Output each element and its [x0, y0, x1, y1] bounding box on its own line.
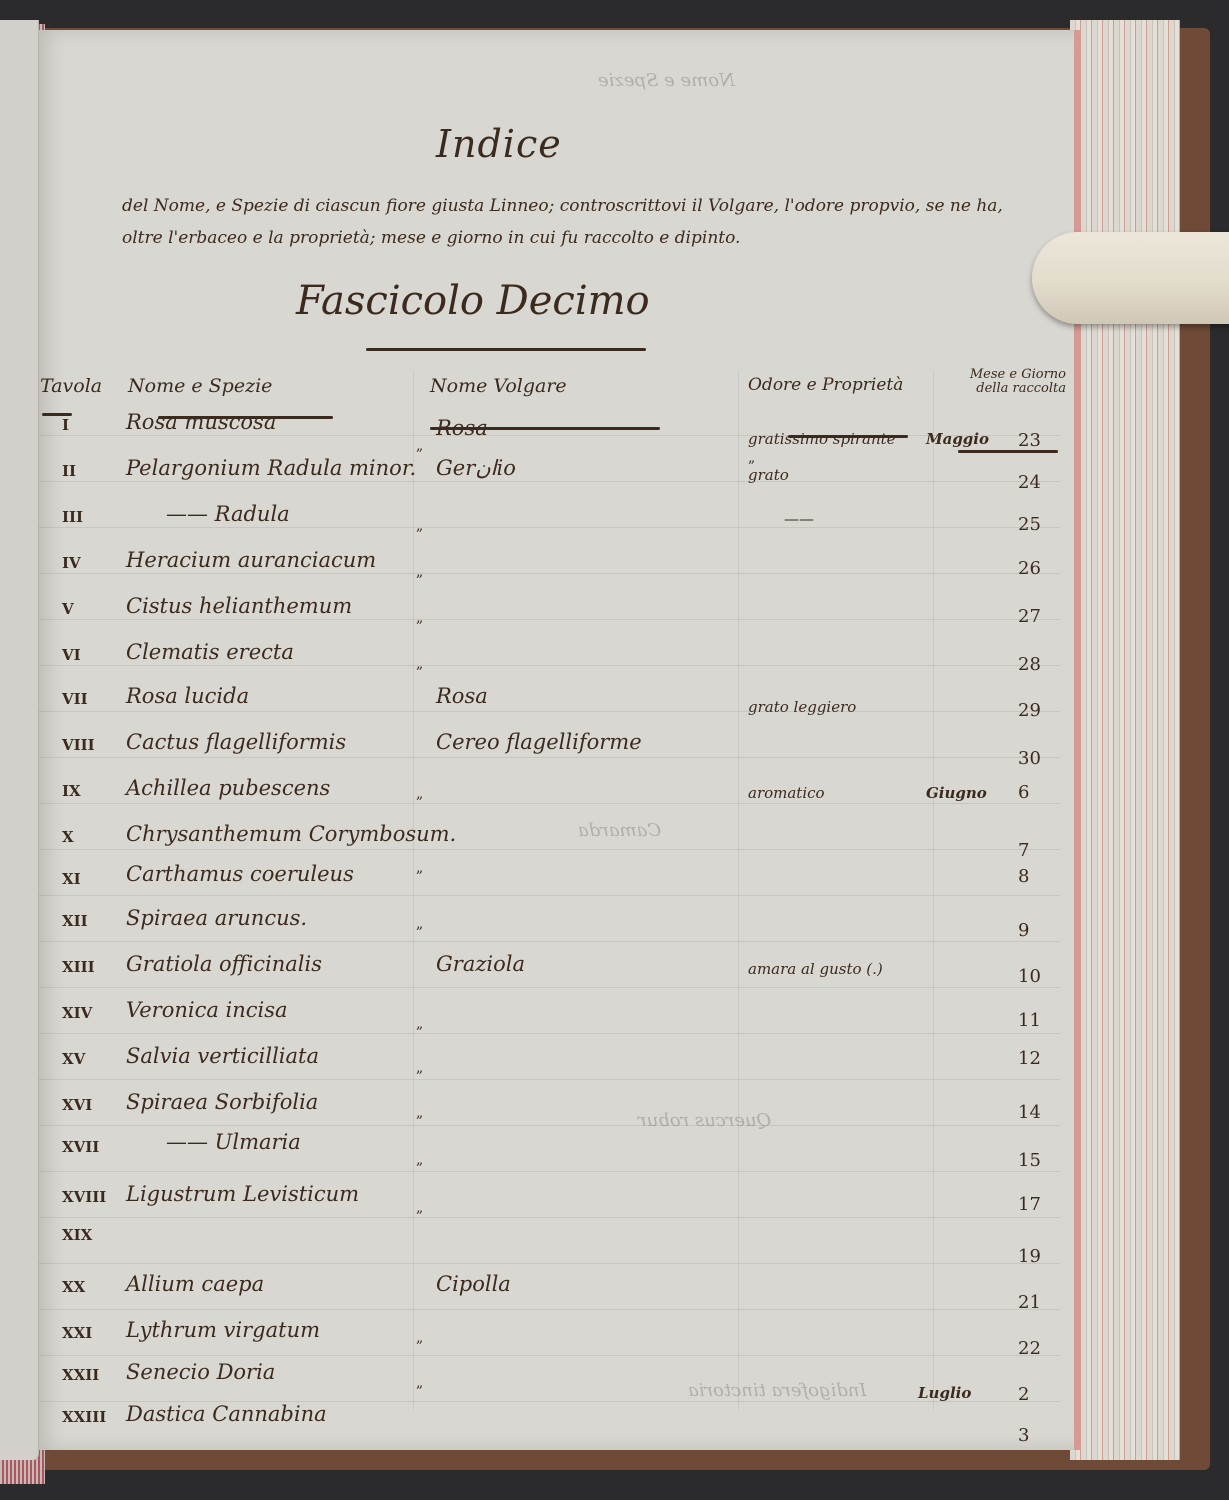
table-row: XX Allium caepa Cipolla 21 — [38, 1272, 1080, 1318]
collection-day: 26 — [1018, 558, 1041, 579]
collection-day: 11 — [1018, 1010, 1041, 1031]
tavola-number: XVIII — [62, 1188, 122, 1206]
species-name: Ligustrum Levisticum — [126, 1182, 359, 1206]
table-row: XII Spiraea aruncus. 9 — [38, 906, 1080, 952]
odor-property: gratissimo spirante — [748, 430, 896, 448]
tavola-number: V — [62, 600, 122, 618]
species-name: Spiraea Sorbifolia — [126, 1090, 318, 1114]
ditto-mark: „ — [416, 1105, 423, 1121]
collection-day: 23 — [1018, 430, 1041, 451]
table-row: XV Salvia verticilliata 12 — [38, 1044, 1080, 1090]
ditto-mark: „ — [416, 610, 423, 626]
header-nome: Nome e Spezie — [128, 375, 272, 397]
bone-page-weight — [1032, 232, 1229, 324]
species-name: Gratiola officinalis — [126, 952, 322, 976]
ditto-mark: „ — [416, 518, 423, 534]
tavola-number: X — [62, 828, 122, 846]
collection-day: 25 — [1018, 514, 1041, 535]
table-row: XXIII Dastica Cannabina — [38, 1402, 1080, 1448]
tavola-number: XIV — [62, 1004, 122, 1022]
species-name: Chrysanthemum Corymbosum. — [126, 822, 456, 846]
page-number: 3 — [1018, 1425, 1029, 1446]
ditto-mark: „ — [416, 1375, 423, 1391]
ditto-mark: „ — [748, 450, 755, 466]
species-name: Rosa muscosa — [126, 410, 276, 434]
ditto-mark: „ — [416, 438, 423, 454]
species-name: Veronica incisa — [126, 998, 288, 1022]
odor-property: —— — [784, 510, 814, 528]
tavola-number: XXI — [62, 1324, 122, 1342]
collection-day: 15 — [1018, 1150, 1041, 1171]
collection-month: Giugno — [926, 784, 987, 802]
tavola-number: XV — [62, 1050, 122, 1068]
collection-day: 29 — [1018, 700, 1041, 721]
table-row: XIV Veronica incisa 11 — [38, 998, 1080, 1044]
tavola-number: XIII — [62, 958, 122, 976]
table-row: III —— Radula —— 25 — [38, 502, 1080, 548]
tavola-number: III — [62, 508, 122, 526]
ditto-mark: „ — [416, 786, 423, 802]
tavola-number: XXII — [62, 1366, 122, 1384]
species-name: Cactus flagelliformis — [126, 730, 346, 754]
common-name: Cereo flagelliforme — [436, 730, 642, 754]
tavola-number: XII — [62, 912, 122, 930]
species-name: Clematis erecta — [126, 640, 294, 664]
species-name: Senecio Doria — [126, 1360, 275, 1384]
species-name: Heracium auranciacum — [126, 548, 376, 572]
tavola-number: VI — [62, 646, 122, 664]
collection-day: 22 — [1018, 1338, 1041, 1359]
table-row: VII Rosa lucida Rosa grato leggiero 29 — [38, 684, 1080, 730]
species-name: —— Ulmaria — [166, 1130, 301, 1154]
table-row: IV Heracium auranciacum 26 — [38, 548, 1080, 594]
odor-property: grato leggiero — [748, 698, 856, 716]
section-underline — [366, 348, 646, 351]
collection-day: 14 — [1018, 1102, 1041, 1123]
species-name: Spiraea aruncus. — [126, 906, 307, 930]
tavola-number: XVI — [62, 1096, 122, 1114]
section-title: Fascicolo Decimo — [296, 278, 650, 324]
table-row: XIX 19 — [38, 1226, 1080, 1272]
species-name: Salvia verticilliata — [126, 1044, 319, 1068]
species-name: Pelargonium Radula minor. — [126, 456, 416, 480]
species-name: Cistus helianthemum — [126, 594, 352, 618]
table-row: I Rosa muscosa Rosa gratissimo spirante … — [38, 410, 1080, 456]
ditto-mark: „ — [416, 1200, 423, 1216]
page-title: Indice — [436, 122, 562, 166]
ditto-mark: „ — [416, 1016, 423, 1032]
table-row: XVIII Ligustrum Levisticum 17 — [38, 1182, 1080, 1228]
common-name: Rosa — [436, 416, 488, 440]
ditto-mark: „ — [416, 656, 423, 672]
header-tavola: Tavola — [40, 375, 102, 397]
header-odore: Odore e Proprietà — [748, 375, 903, 395]
collection-day: 21 — [1018, 1292, 1041, 1313]
table-row: VIII Cactus flagelliformis Cereo flagell… — [38, 730, 1080, 776]
collection-day: 6 — [1018, 782, 1029, 803]
ditto-mark: „ — [416, 1330, 423, 1346]
tavola-number: II — [62, 462, 122, 480]
ditto-mark: „ — [416, 860, 423, 876]
collection-day: 19 — [1018, 1246, 1041, 1267]
table-row: VI Clematis erecta 28 — [38, 640, 1080, 686]
collection-day: 28 — [1018, 654, 1041, 675]
intro-text: del Nome, e Spezie di ciascun fiore gius… — [122, 190, 1042, 254]
manuscript-page: Nome e Spezie Camarda Quercus robur Indi… — [38, 30, 1080, 1450]
collection-day: 30 — [1018, 748, 1041, 769]
ditto-mark: „ — [416, 564, 423, 580]
table-row: XVII —— Ulmaria 15 — [38, 1136, 1080, 1182]
ditto-mark: „ — [416, 916, 423, 932]
table-row: XIII Gratiola officinalis Graziola amara… — [38, 952, 1080, 998]
tavola-number: XIX — [62, 1226, 122, 1244]
ditto-mark: „ — [416, 1152, 423, 1168]
common-name: Gerانio — [436, 456, 516, 480]
collection-day: 27 — [1018, 606, 1041, 627]
tavola-number: XX — [62, 1278, 122, 1296]
common-name: Cipolla — [436, 1272, 511, 1296]
common-name: Graziola — [436, 952, 525, 976]
previous-page-edge — [0, 20, 39, 1460]
collection-day: 17 — [1018, 1194, 1041, 1215]
tavola-number: VII — [62, 690, 122, 708]
ditto-mark: „ — [416, 1060, 423, 1076]
collection-day: 7 — [1018, 840, 1029, 861]
tavola-number: XVII — [62, 1138, 122, 1156]
common-name: Rosa — [436, 684, 488, 708]
table-row: IX Achillea pubescens aromatico Giugno 6 — [38, 776, 1080, 822]
odor-property: amara al gusto (.) — [748, 960, 883, 978]
tavola-number: IX — [62, 782, 122, 800]
collection-day: 9 — [1018, 920, 1029, 941]
tavola-number: IV — [62, 554, 122, 572]
tavola-number: I — [62, 416, 122, 434]
tavola-number: XXIII — [62, 1408, 122, 1426]
species-name: Allium caepa — [126, 1272, 264, 1296]
species-name: Dastica Cannabina — [126, 1402, 327, 1426]
species-name: Rosa lucida — [126, 684, 249, 708]
table-row: XXI Lythrum virgatum 22 — [38, 1318, 1080, 1364]
collection-day: 8 — [1018, 866, 1029, 887]
header-volgare: Nome Volgare — [430, 375, 567, 397]
collection-day: 24 — [1018, 472, 1041, 493]
tavola-number: XI — [62, 870, 122, 888]
species-name: —— Radula — [166, 502, 290, 526]
table-row: II Pelargonium Radula minor. Gerانio gra… — [38, 456, 1080, 502]
species-name: Lythrum virgatum — [126, 1318, 320, 1342]
tavola-number: VIII — [62, 736, 122, 754]
odor-property: grato — [748, 466, 789, 484]
collection-month: Maggio — [926, 430, 989, 448]
collection-month: Luglio — [918, 1384, 971, 1402]
species-name: Achillea pubescens — [126, 776, 330, 800]
collection-day: 10 — [1018, 966, 1041, 987]
odor-property: aromatico — [748, 784, 825, 802]
table-row: V Cistus helianthemum 27 — [38, 594, 1080, 640]
species-name: Carthamus coeruleus — [126, 862, 354, 886]
header-mese: Mese e Giorno della raccolta — [948, 368, 1066, 396]
collection-day: 12 — [1018, 1048, 1041, 1069]
table-row: XXII Senecio Doria Luglio 2 — [38, 1360, 1080, 1406]
